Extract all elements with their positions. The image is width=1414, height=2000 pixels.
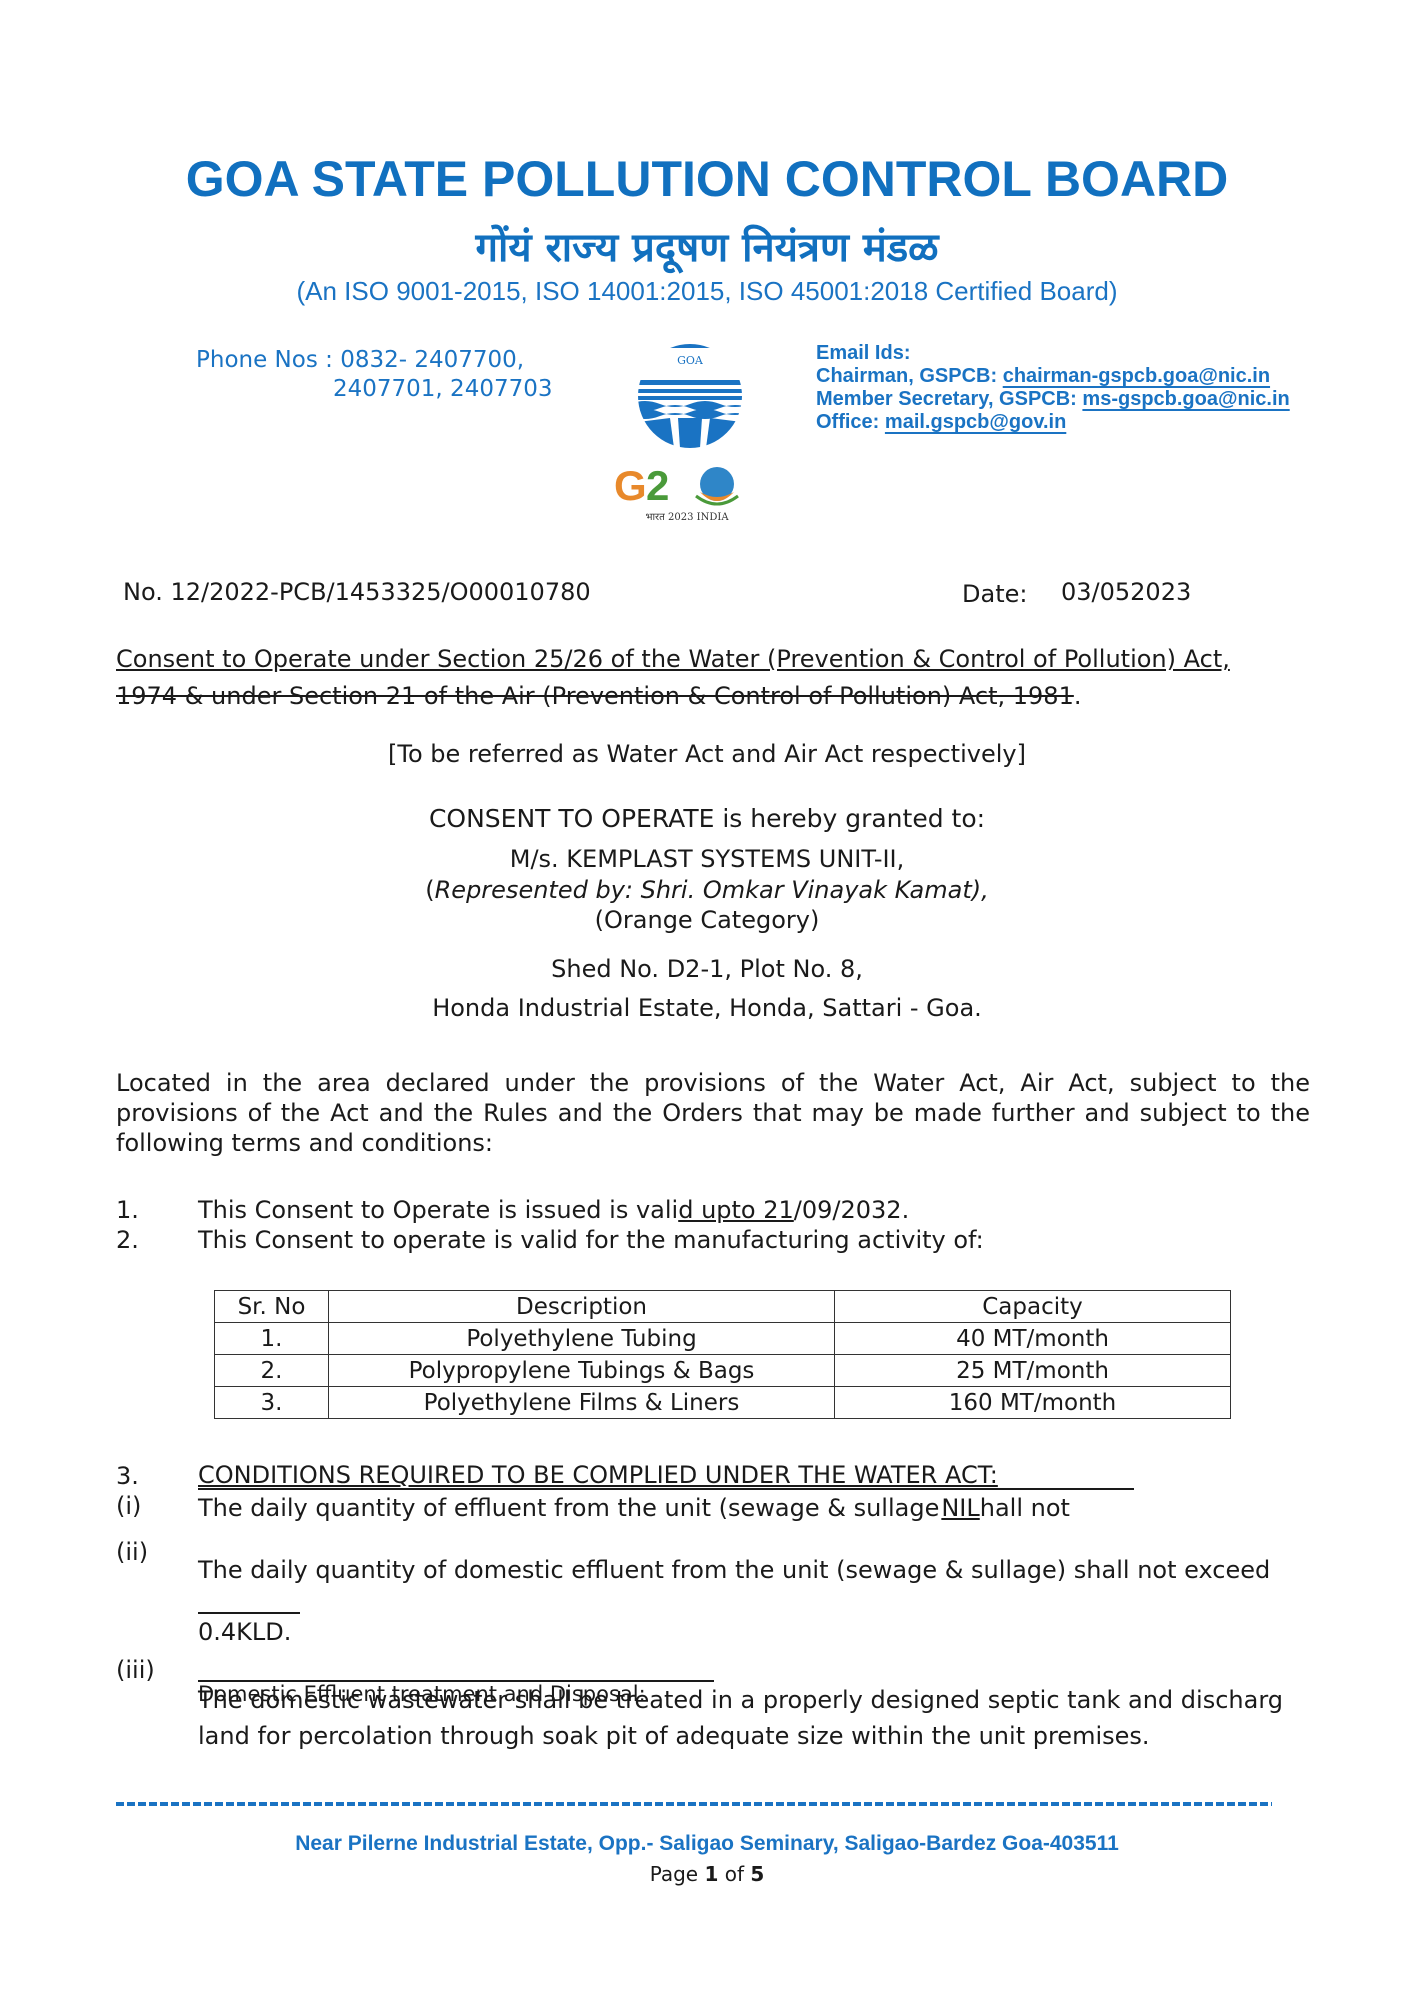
represented-by: (Represented by: Shri. Omkar Vinayak Kam… — [0, 876, 1414, 904]
condition-i-text: The daily quantity of effluent from the … — [198, 1494, 1070, 1522]
email-link-office[interactable]: mail.gspcb@gov.in — [885, 411, 1066, 433]
svg-text:GOA: GOA — [677, 354, 704, 367]
table-row: 3. Polyethylene Films & Liners 160 MT/mo… — [215, 1387, 1231, 1419]
gspcb-logo-icon: GOA — [630, 340, 750, 450]
item-2-text: This Consent to operate is valid for the… — [198, 1226, 984, 1254]
email-heading: Email Ids: — [816, 342, 1290, 365]
company-name: M/s. KEMPLAST SYSTEMS UNIT-II, — [0, 845, 1414, 873]
email-block: Email Ids: Chairman, GSPCB: chairman-gsp… — [816, 342, 1290, 434]
g20-logo-icon: G 2 भारत 2023 INDIA — [612, 460, 762, 526]
condition-ii-text: The daily quantity of domestic effluent … — [198, 1556, 1270, 1584]
phone-numbers: Phone Nos : 0832- 2407700, 2407701, 2407… — [196, 346, 553, 404]
date-label: Date: — [962, 580, 1027, 608]
table-row: 1. Polyethylene Tubing 40 MT/month — [215, 1323, 1231, 1355]
water-act-heading: CONDITIONS REQUIRED TO BE COMPLIED UNDER… — [198, 1462, 1134, 1490]
address-line-2: Honda Industrial Estate, Honda, Sattari … — [0, 994, 1414, 1022]
svg-text:भारत 2023 INDIA: भारत 2023 INDIA — [645, 512, 729, 523]
date-value: 03/052023 — [1061, 578, 1191, 606]
subject-line-1: Consent to Operate under Section 25/26 o… — [116, 645, 1230, 673]
board-title: GOA STATE POLLUTION CONTROL BOARD — [0, 150, 1414, 208]
condition-ii-value: 0.4KLD. — [198, 1618, 291, 1646]
email-link-member-secretary[interactable]: ms-gspcb.goa@nic.in — [1082, 388, 1289, 410]
condition-ii-number: (ii) — [116, 1538, 148, 1566]
phone-label: Phone Nos : — [196, 347, 333, 373]
footer-address: Near Pilerne Industrial Estate, Opp.- Sa… — [0, 1832, 1414, 1856]
grant-heading: CONSENT TO OPERATE is hereby granted to: — [0, 804, 1414, 833]
email-link-chairman[interactable]: chairman-gspcb.goa@nic.in — [1003, 365, 1270, 387]
item-2-number: 2. — [116, 1226, 139, 1254]
condition-iii-text-2: land for percolation through soak pit of… — [198, 1722, 1150, 1750]
email-member-secretary: Member Secretary, GSPCB: ms-gspcb.goa@ni… — [816, 388, 1290, 411]
email-chairman: Chairman, GSPCB: chairman-gspcb.goa@nic.… — [816, 365, 1290, 388]
email-office: Office: mail.gspcb@gov.in — [816, 411, 1290, 434]
phone-number-1: 0832- 2407700, — [340, 347, 524, 373]
section-3-number: 3. — [116, 1462, 139, 1490]
page-number: Page 1 of 5 — [0, 1862, 1414, 1886]
capacity-table: Sr. No Description Capacity 1. Polyethyl… — [214, 1290, 1231, 1419]
board-title-marathi: गोंयं राज्य प्रदूषण नियंत्रण मंडळ — [0, 218, 1414, 273]
table-row: 2. Polypropylene Tubings & Bags 25 MT/mo… — [215, 1355, 1231, 1387]
header-capacity: Capacity — [835, 1291, 1231, 1323]
condition-iii-number: (iii) — [116, 1656, 155, 1684]
item-1-text: This Consent to Operate is issued is val… — [198, 1196, 909, 1224]
item-1-number: 1. — [116, 1196, 139, 1224]
referred-as-note: [To be referred as Water Act and Air Act… — [0, 740, 1414, 768]
condition-i-number: (i) — [116, 1492, 141, 1520]
svg-text:G: G — [614, 462, 647, 509]
address-line-1: Shed No. D2-1, Plot No. 8, — [0, 955, 1414, 983]
table-header-row: Sr. No Description Capacity — [215, 1291, 1231, 1323]
reference-number: No. 12/2022-PCB/1453325/O00010780 — [123, 578, 591, 606]
header-description: Description — [329, 1291, 835, 1323]
blank-rule — [198, 1612, 300, 1614]
intro-paragraph: Located in the area declared under the p… — [116, 1068, 1310, 1158]
condition-iii-text-1: The domestic wastewater shall be treated… — [198, 1686, 1283, 1714]
header-sr-no: Sr. No — [215, 1291, 329, 1323]
phone-number-2: 2407701, 2407703 — [196, 375, 553, 404]
category: (Orange Category) — [0, 906, 1414, 934]
footer-divider — [116, 1802, 1272, 1806]
svg-text:2: 2 — [646, 462, 669, 509]
subject-line-2: 1974 & under Section 21 of the Air (Prev… — [116, 682, 1081, 710]
certification-line: (An ISO 9001-2015, ISO 14001:2015, ISO 4… — [0, 276, 1414, 307]
